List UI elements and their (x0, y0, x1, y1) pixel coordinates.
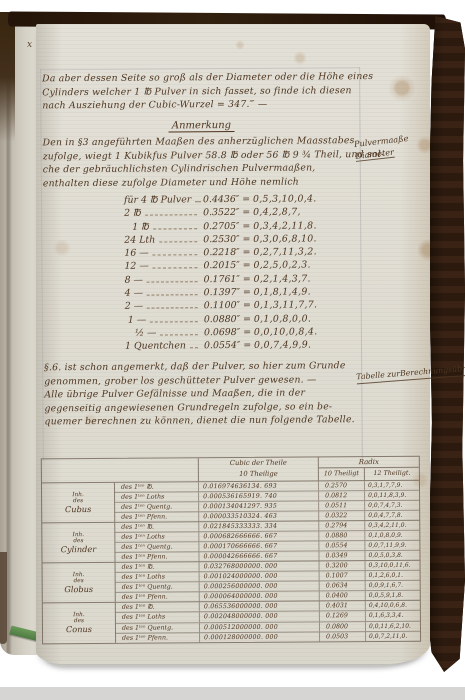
table-header-radix-12: 12 Theiligt. (365, 468, 419, 480)
measure-duodecimal: 0,5,3,10,0,4. (253, 193, 317, 204)
row-cubic-value: 0.000536165919. 740 (199, 491, 319, 501)
table-row: des 1ᵗᵉⁿ Pfenn. 0.000128000000. 000 0.05… (116, 631, 420, 642)
row-radix-10: 0.1269 (320, 611, 366, 621)
table-group-rows: des 1ᵗᵉⁿ ℔. 0.021845333333. 334 0.2794 0… (115, 521, 419, 562)
row-label: des 1ᵗᵉⁿ Loths (116, 612, 200, 622)
dotted-leader (190, 348, 198, 349)
row-radix-12: 0,0,11,8,3,9. (365, 491, 419, 500)
row-radix-10: 0.0800 (320, 622, 366, 632)
measure-label: für 4 ℔ Pulver (124, 194, 191, 205)
row-cubic-value: 0.001024000000. 000 (200, 571, 320, 581)
row-cubic-value: 0.065536000000. 000 (200, 601, 320, 611)
page-content: Da aber dessen Seite so groß als der Dia… (34, 23, 432, 666)
measure-duodecimal: 0,1,0,8,0,0. (254, 313, 311, 324)
measure-label: 8 — (125, 274, 143, 285)
row-cubic-value: 0.021845333333. 334 (199, 521, 319, 531)
row-radix-10: 0.0400 (320, 591, 366, 600)
measure-duodecimal: 0,3,4,2,11,8. (253, 220, 317, 231)
margin-note-line: Tabelle zur (356, 369, 401, 384)
measure-value: 0.2530″ = (203, 234, 247, 245)
row-label: des 1ᵗᵉⁿ Quentg. (115, 502, 199, 512)
row-radix-12: 0,0,7,2,11,0. (366, 631, 420, 641)
row-label: des 1ᵗᵉⁿ Loths (116, 572, 200, 582)
row-label: des 1ᵗᵉⁿ ℔. (115, 482, 199, 492)
measure-duodecimal: 0,3,0,6,8,10. (253, 233, 317, 244)
table-group-rows: des 1ᵗᵉⁿ ℔. 0.016974636134. 693 0.2570 0… (115, 481, 419, 522)
row-cubic-value: 0.000134041297. 935 (199, 501, 319, 511)
row-cubic-value: 0.002048000000. 000 (200, 612, 320, 622)
measure-label: 1 ℔ (132, 221, 149, 232)
row-label: des 1ᵗᵉⁿ Loths (115, 492, 199, 502)
row-label: des 1ᵗᵉⁿ Pfenn. (116, 592, 200, 602)
measure-row-head: 2 ℔ (107, 208, 203, 220)
row-radix-10: 0.0634 (320, 581, 366, 590)
row-cubic-value: 0.000042666666. 667 (199, 551, 319, 561)
measure-row-head: 8 — (108, 274, 204, 286)
book-cover-right-edge (427, 16, 465, 672)
row-cubic-value: 0.000682666666. 667 (199, 531, 319, 541)
table-header-radix-subrow: 10 Theiligt 12 Theiligt. (319, 468, 419, 481)
row-radix-12: 0,0,7,4,7,3. (365, 501, 419, 510)
dotted-leader (147, 281, 198, 282)
book-board-edge (0, 552, 7, 644)
table-group-name: Inh. des Cylinder (42, 523, 115, 563)
handwritten-line: quemer berechnen zu können, dienet die n… (45, 414, 363, 430)
row-radix-10: 0.0503 (320, 632, 366, 642)
table-header-blank-cell (42, 458, 199, 482)
measure-label: 1 — (128, 314, 146, 325)
row-radix-10: 0.1007 (320, 571, 366, 580)
book-photo: Da aber dessen Seite so groß als der Dia… (0, 0, 465, 700)
measure-row-head: 1 ℔ (107, 221, 203, 233)
group-name: Cubus (65, 503, 91, 513)
measure-value: 0.2705″ = (203, 220, 247, 231)
row-label: des 1ᵗᵉⁿ ℔. (115, 522, 199, 532)
dotted-leader (159, 241, 197, 242)
table-group-rows: des 1ᵗᵉⁿ ℔. 0.065536000000. 000 0.4031 0… (116, 601, 420, 643)
margin-note-pulvermass-diameter: Pulvermaaße Diameter (353, 133, 410, 163)
measure-value: 0.1397″ = (204, 287, 248, 298)
paragraph-tabelle-intro: §.6. ist schon angemerkt, daß der Pulver… (44, 360, 362, 430)
measure-value: 0.1761″ = (204, 274, 248, 285)
powder-measure-list: für 4 ℔ Pulver 0.4436″ = 0,5,3,10,0,4. 2… (107, 193, 356, 354)
measure-label: 2 ℔ (124, 208, 141, 219)
measure-label: 2 — (125, 301, 143, 312)
book-spine (0, 12, 15, 142)
measure-value: 0.3522″ = (203, 207, 247, 218)
table-header-radix: Radix 10 Theiligt 12 Theiligt. (319, 457, 419, 481)
measure-row-head: für 4 ℔ Pulver (107, 194, 203, 206)
row-radix-12: 0,0,5,9,1,8. (366, 591, 420, 600)
row-radix-10: 0.0349 (319, 551, 365, 560)
dotted-leader (147, 308, 198, 309)
row-cubic-value: 0.000033510324. 463 (199, 511, 319, 521)
measure-row-head: 1 Quentchen (108, 340, 204, 352)
row-radix-10: 0.0880 (319, 531, 365, 540)
measure-duodecimal: 0,2,5,0,2,3. (253, 260, 310, 271)
measure-duodecimal: 0,1,3,11,7,7. (254, 300, 318, 311)
row-label: des 1ᵗᵉⁿ Quentg. (116, 582, 200, 592)
row-radix-12: 0,1,6,3,3,4. (366, 611, 420, 621)
heading-text: Anmerkung (169, 120, 234, 132)
table-group-name: Inh. des Cubus (42, 483, 115, 523)
measure-row-head: 24 Lth (107, 234, 203, 246)
backdrop-bottom-strip (0, 687, 465, 700)
paragraph-anmerkung: Den in §3 angeführten Maaßen des anherzü… (43, 135, 361, 191)
handwritten-line: enthalten diese zufolge Diameter und Höh… (43, 176, 361, 192)
dotted-leader (153, 268, 198, 269)
row-radix-10: 0.0322 (319, 511, 365, 520)
group-name: Cylinder (61, 543, 96, 553)
section-heading: Anmerkung (42, 119, 360, 132)
table-group-name: Inh. des Conus (43, 603, 116, 644)
measure-duodecimal: 0,2,1,4,3,7. (254, 273, 311, 284)
measure-duodecimal: 0,0,7,4,9,9. (254, 340, 311, 351)
measure-label: 4 — (125, 288, 143, 299)
row-radix-12: 0,4,10,0,6,8. (366, 601, 420, 611)
row-radix-12: 0,3,10,0,11,6. (366, 561, 420, 570)
table-header-cubic-sub: 10 Theilige (199, 468, 318, 480)
table-group: Inh. des Cubus des 1ᵗᵉⁿ ℔. 0.01697463613… (42, 481, 419, 524)
dotted-leader (145, 215, 197, 216)
row-radix-10: 0.0554 (319, 541, 365, 550)
row-radix-10: 0.4031 (320, 601, 366, 611)
row-radix-12: 0,0,4,7,7,8. (365, 511, 419, 520)
row-radix-10: 0.3200 (320, 561, 366, 570)
pen-x-mark: x (27, 40, 32, 50)
row-radix-12: 0,0,7,11,9,9. (365, 541, 419, 550)
table-group: Inh. des Conus des 1ᵗᵉⁿ ℔. 0.06553600000… (43, 601, 420, 644)
row-cubic-value: 0.016974636134. 693 (199, 481, 319, 491)
row-label: des 1ᵗᵉⁿ Pfenn. (115, 552, 199, 562)
measure-value: 0.2015″ = (203, 260, 247, 271)
paragraph-cubic-root: Da aber dessen Seite so groß als der Dia… (42, 71, 360, 114)
row-cubic-value: 0.000512000000. 000 (200, 622, 320, 632)
measure-value: 0.2218″ = (203, 247, 247, 258)
row-radix-10: 0.0812 (319, 491, 365, 500)
table-body: Inh. des Cubus des 1ᵗᵉⁿ ℔. 0.01697463613… (42, 481, 420, 644)
handwritten-line: nach Ausziehung der Cubic-Wurzel = 347.‴… (42, 98, 360, 114)
table-header-radix-10: 10 Theiligt (319, 468, 365, 480)
row-radix-12: 0,0,5,0,3,8. (365, 551, 419, 560)
measure-row-head: 12 — (107, 261, 203, 273)
table-group-rows: des 1ᵗᵉⁿ ℔. 0.032768000000. 000 0.3200 0… (116, 561, 420, 602)
margin-rule-top (40, 67, 360, 70)
row-radix-12: 0,0,9,1,6,7. (366, 581, 420, 590)
table-group-name: Inh. des Globus (43, 563, 116, 603)
measure-label: 1 Quentchen (125, 341, 186, 352)
measure-duodecimal: 0,4,2,8,7, (253, 207, 301, 218)
row-label: des 1ᵗᵉⁿ Loths (115, 532, 199, 542)
measure-label: 16 — (124, 248, 148, 259)
dotted-leader (147, 294, 198, 295)
row-label: des 1ᵗᵉⁿ Pfenn. (115, 512, 199, 522)
measure-label: 24 Lth (124, 234, 155, 245)
table-header-radix-title: Radix (319, 457, 419, 469)
row-radix-10: 0.0511 (319, 501, 365, 510)
measure-label: 12 — (124, 261, 148, 272)
measure-label: ½ — (135, 328, 157, 339)
dotted-leader (153, 228, 197, 229)
calculation-table: Cubic der Theile 10 Theilige Radix 10 Th… (41, 456, 421, 645)
measure-value: 0.1100″ = (204, 300, 248, 311)
group-name: Conus (66, 624, 92, 634)
dotted-leader (195, 201, 201, 202)
group-name: Globus (64, 583, 93, 593)
measure-duodecimal: 0,0,10,0,8,4. (254, 326, 318, 337)
measure-row-head: 16 — (107, 247, 203, 259)
row-radix-10: 0.2570 (319, 481, 365, 490)
measure-row-head: 2 — (108, 301, 204, 313)
measure-row-head: 4 — (108, 287, 204, 299)
table-group: Inh. des Globus des 1ᵗᵉⁿ ℔. 0.0327680000… (43, 561, 420, 604)
row-label: des 1ᵗᵉⁿ Quentg. (115, 542, 199, 552)
row-radix-12: 0,3,1,7,7,9. (365, 481, 419, 490)
row-cubic-value: 0.000064000000. 000 (200, 591, 320, 601)
measure-row: 1 Quentchen 0.0554″ = 0,0,7,4,9,9. (108, 339, 356, 354)
row-cubic-value: 0.032768000000. 000 (200, 561, 320, 571)
measure-duodecimal: 0,1,8,1,4,9. (254, 287, 311, 298)
measure-value: 0.4436″ = (203, 194, 247, 205)
row-cubic-value: 0.000170666666. 667 (199, 541, 319, 551)
manuscript-page: Da aber dessen Seite so groß als der Dia… (36, 24, 430, 664)
measure-value: 0.0698″ = (204, 327, 248, 338)
row-radix-12: 0,3,4,2,11,0. (365, 521, 419, 530)
row-radix-12: 0,1,2,6,0,1. (366, 571, 420, 580)
measure-value: 0.0554″ = (204, 340, 248, 351)
table-header-cubic-title: Cubic der Theile (199, 457, 318, 469)
row-label: des 1ᵗᵉⁿ Quentg. (116, 623, 200, 633)
row-radix-10: 0.2794 (319, 521, 365, 530)
measure-duodecimal: 0,2,7,11,3,2. (253, 247, 317, 258)
row-label: des 1ᵗᵉⁿ ℔. (116, 562, 200, 572)
measure-row-head: ½ — (108, 327, 204, 339)
row-cubic-value: 0.000256000000. 000 (200, 581, 320, 591)
row-radix-12: 0,0,11,6,2,10. (366, 621, 420, 631)
row-radix-12: 0,1,0,8,0,9. (365, 531, 419, 540)
dotted-leader (153, 254, 198, 255)
table-header-cubic: Cubic der Theile 10 Theilige (199, 457, 319, 481)
row-label: des 1ᵗᵉⁿ ℔. (116, 602, 200, 612)
dotted-leader (150, 321, 198, 322)
table-group: Inh. des Cylinder des 1ᵗᵉⁿ ℔. 0.02184533… (42, 521, 419, 564)
measure-value: 0.0880″ = (204, 314, 248, 325)
row-label: des 1ᵗᵉⁿ Pfenn. (116, 633, 200, 643)
dotted-leader (160, 334, 198, 335)
row-cubic-value: 0.000128000000. 000 (200, 632, 320, 642)
measure-row-head: 1 — (108, 314, 204, 326)
table-header: Cubic der Theile 10 Theilige Radix 10 Th… (42, 457, 419, 484)
